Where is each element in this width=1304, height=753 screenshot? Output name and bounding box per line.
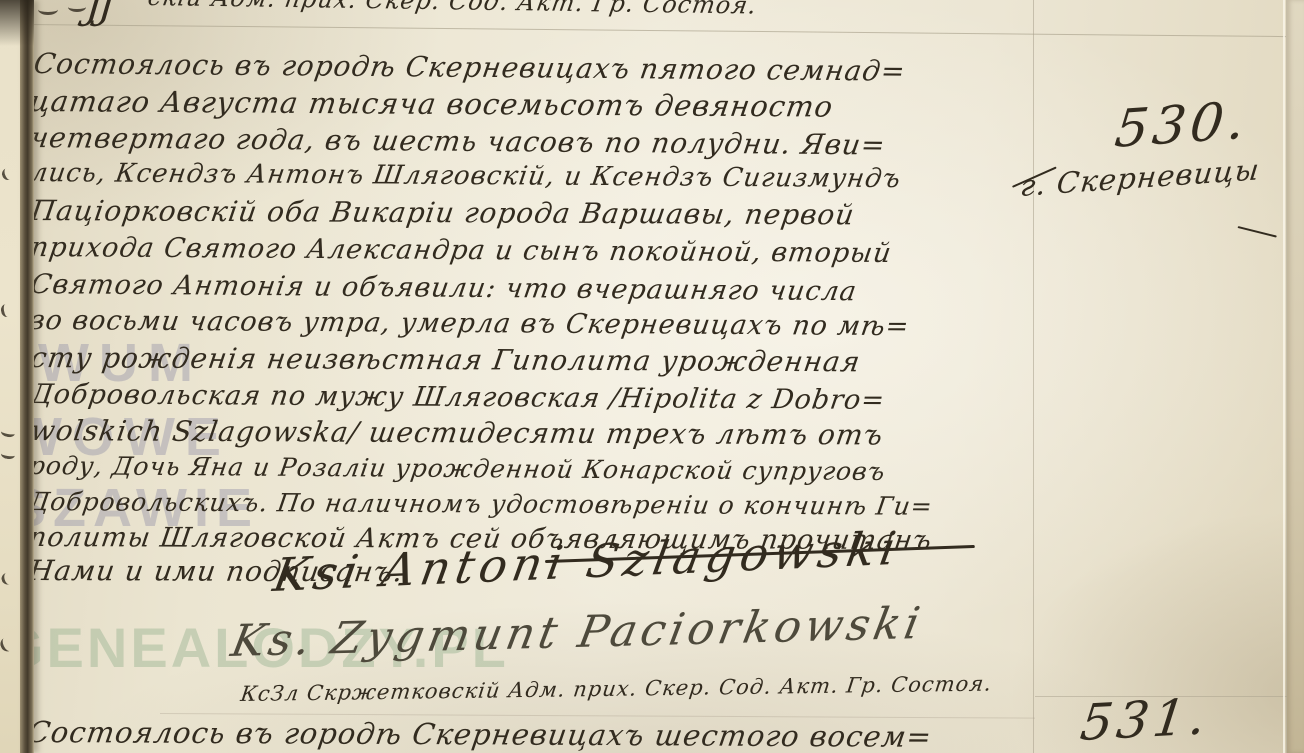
act-text-line: роду, Дочь Яна и Розаліи урожденной Кона… <box>27 453 887 484</box>
act-text-line: цатаго Августа тысяча восемьсотъ девянос… <box>28 87 836 122</box>
act-text-line: Святого Антонія и объявили: что вчерашня… <box>29 271 859 305</box>
act-text-line: лись, Ксендзъ Антонъ Шляговскій, и Ксенд… <box>29 160 903 192</box>
act-text-line: Состоялось въ городѣ Скерневицахъ пятого… <box>32 50 908 86</box>
ink-bleed-mark <box>0 427 15 438</box>
margin-note-flourish <box>1238 226 1277 238</box>
act531-first-line: Состоялось въ городѣ Скерневицахъ шестог… <box>26 718 934 752</box>
margin-place-note: г. Скерневицы <box>1019 155 1261 200</box>
ink-bleed-mark <box>0 635 16 653</box>
page-edge-highlight <box>1283 0 1285 753</box>
act-text-line: четвертаго года, въ шесть часовъ по полу… <box>29 124 888 159</box>
act-text-line: Добровольская по мужу Шляговская /Hipoli… <box>29 381 887 414</box>
act-text-line: Паціорковскій оба Викаріи города Варшавы… <box>29 197 857 229</box>
ink-bleed-mark <box>0 571 16 586</box>
ink-bleed-mark <box>0 166 15 181</box>
signature-zygmunt-paciorkowski: Ks. Zygmunt Paciorkowski <box>228 602 927 664</box>
book-gutter-shadow <box>20 0 34 753</box>
act-text-line: wolskich Szlagowska/ шестидесяти трехъ л… <box>29 417 885 449</box>
act-text-line: Добровольскихъ. По наличномъ удостовѣрен… <box>27 489 934 519</box>
act-number-531: 531. <box>1078 691 1213 748</box>
flourish-mark: ʃʃ <box>86 0 121 24</box>
act-number-530: 530. <box>1112 95 1251 156</box>
act-text-line: сту рожденія неизвѣстная Гиполита урожде… <box>29 344 862 376</box>
ink-bleed-mark <box>0 303 13 318</box>
ink-bleed-mark <box>0 449 15 460</box>
ink-remnant <box>38 4 58 15</box>
scanned-register-page: HIWUM TWOWE RSZAWIE GENEALODZY.PL скій А… <box>0 0 1304 753</box>
top-ruled-line <box>28 24 1286 37</box>
act-text-line: во восьми часовъ утра, умерла въ Скернев… <box>27 307 911 340</box>
gutter-shadow-top <box>0 0 34 46</box>
margin-column-rule <box>1033 0 1034 753</box>
previous-act-signature-line: скій Адм. прих. Скер. Сод. Акт. Гр. Сост… <box>146 0 758 18</box>
right-page-edge <box>1287 0 1304 753</box>
ink-remnant <box>68 2 86 12</box>
underlying-page-edge <box>0 0 20 753</box>
act-text-line: прихода Святого Александра и сынъ покойн… <box>29 234 894 267</box>
